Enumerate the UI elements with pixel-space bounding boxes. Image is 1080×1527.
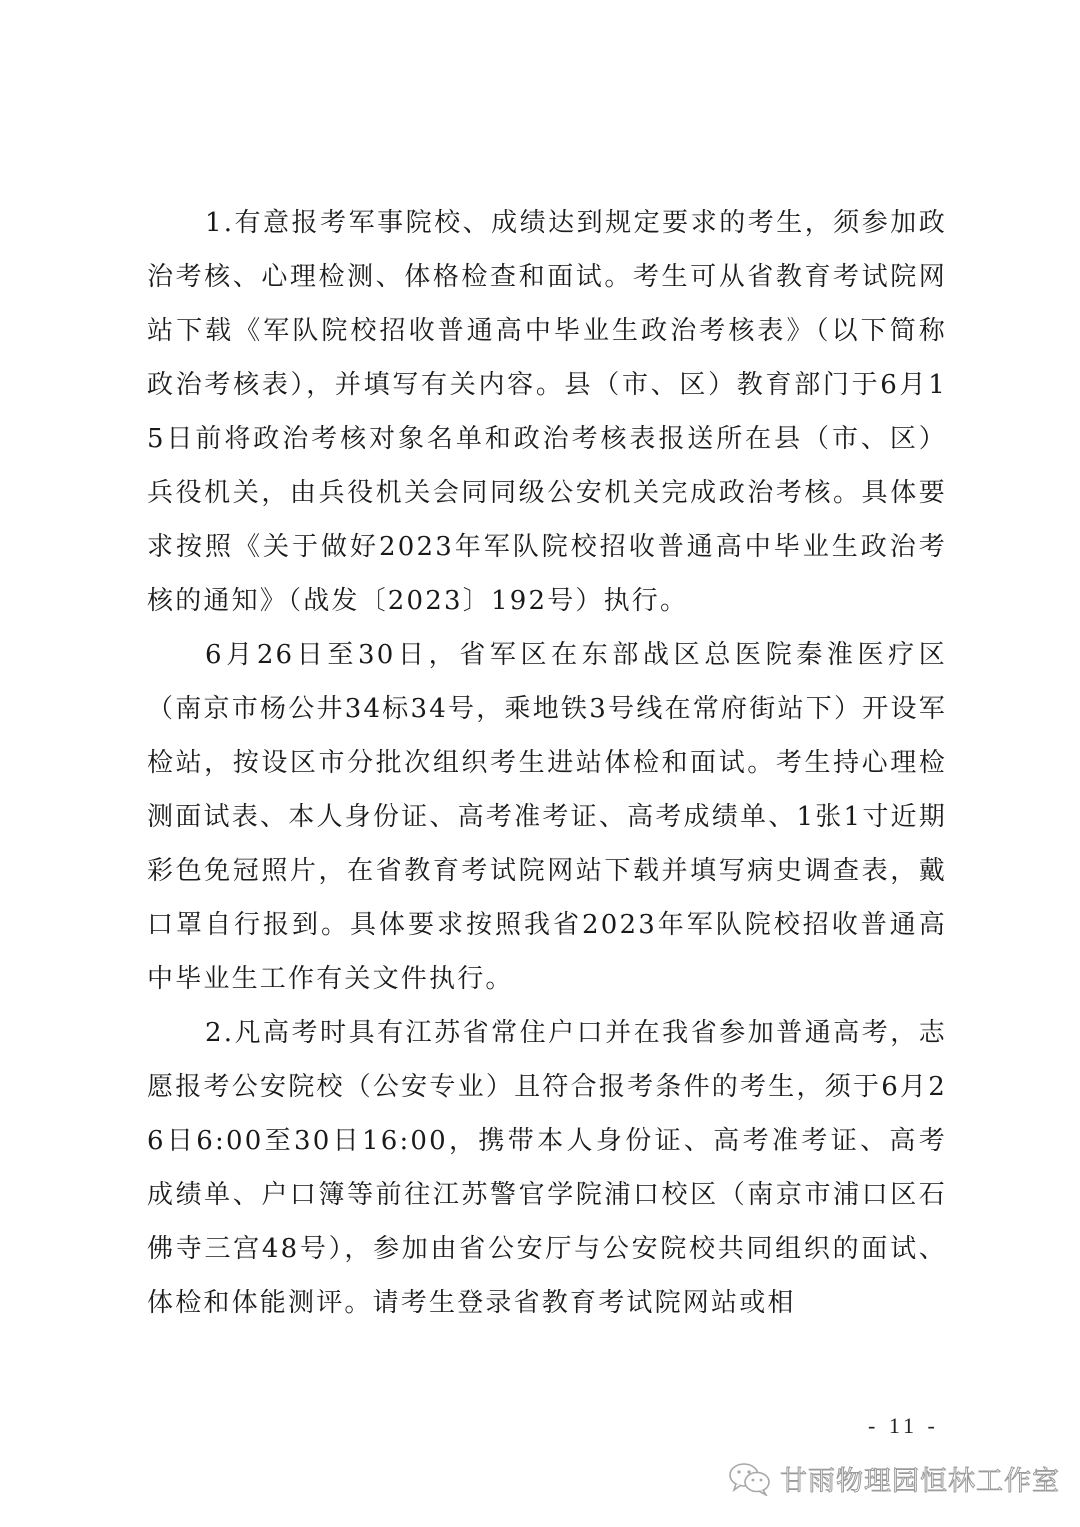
document-body: 1.有意报考军事院校、成绩达到规定要求的考生，须参加政治考核、心理检测、体格检查… xyxy=(147,196,947,1330)
paragraph-police-schools: 2.凡高考时具有江苏省常住户口并在我省参加普通高考，志愿报考公安院校（公安专业）… xyxy=(147,1006,947,1330)
wechat-icon xyxy=(728,1462,772,1496)
watermark-text: 甘雨物理园恒林工作室 xyxy=(780,1459,1060,1498)
watermark: 甘雨物理园恒林工作室 xyxy=(728,1459,1060,1498)
page-number: - 11 - xyxy=(868,1413,939,1439)
paragraph-military-schools: 1.有意报考军事院校、成绩达到规定要求的考生，须参加政治考核、心理检测、体格检查… xyxy=(147,196,947,628)
paragraph-military-check-station: 6月26日至30日，省军区在东部战区总医院秦淮医疗区（南京市杨公井34标34号，… xyxy=(147,628,947,1006)
